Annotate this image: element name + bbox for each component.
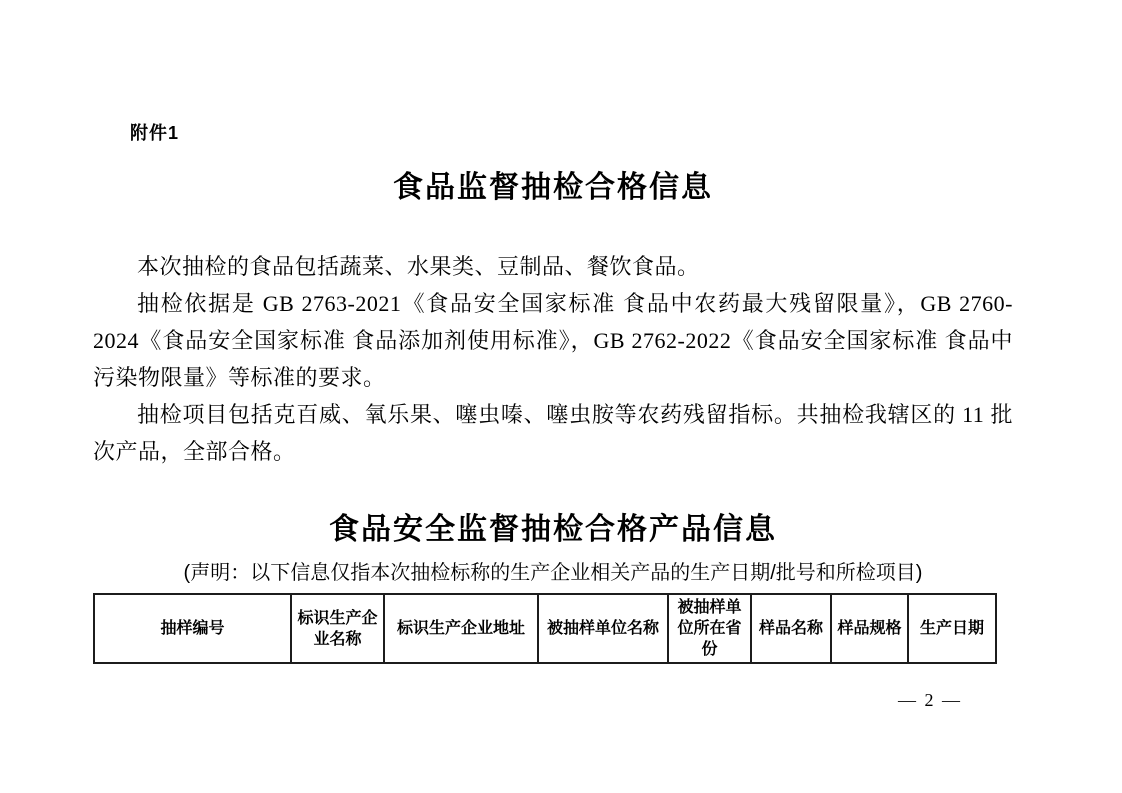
- table-header-row: 抽样编号 标识生产企业名称 标识生产企业地址 被抽样单位名称 被抽样单位所在省份…: [94, 594, 996, 663]
- page-number: — 2 —: [93, 690, 962, 711]
- column-header-sample-spec: 样品规格: [831, 594, 908, 663]
- paragraph-items: 抽检项目包括克百威、氧乐果、噻虫嗪、噻虫胺等农药残留指标。共抽检我辖区的 11 …: [93, 396, 1013, 470]
- declaration-note: (声明：以下信息仅指本次抽检标称的生产企业相关产品的生产日期/批号和所检项目): [93, 556, 1013, 585]
- column-header-sample-number: 抽样编号: [94, 594, 291, 663]
- qualified-products-table: 抽样编号 标识生产企业名称 标识生产企业地址 被抽样单位名称 被抽样单位所在省份…: [93, 593, 997, 664]
- paragraph-scope: 本次抽检的食品包括蔬菜、水果类、豆制品、餐饮食品。: [93, 248, 1013, 285]
- column-header-production-date: 生产日期: [908, 594, 996, 663]
- column-header-sampled-unit-name: 被抽样单位名称: [538, 594, 668, 663]
- main-title: 食品监督抽检合格信息: [93, 162, 1013, 206]
- body-text: 本次抽检的食品包括蔬菜、水果类、豆制品、餐饮食品。 抽检依据是 GB 2763-…: [93, 248, 1013, 470]
- column-header-producer-name: 标识生产企业名称: [291, 594, 384, 663]
- section-title: 食品安全监督抽检合格产品信息: [93, 504, 1013, 548]
- column-header-sample-name: 样品名称: [751, 594, 831, 663]
- column-header-sampled-unit-province: 被抽样单位所在省份: [668, 594, 751, 663]
- paragraph-standards: 抽检依据是 GB 2763-2021《食品安全国家标准 食品中农药最大残留限量》…: [93, 285, 1013, 396]
- column-header-producer-address: 标识生产企业地址: [384, 594, 538, 663]
- attachment-label: 附件1: [130, 119, 179, 145]
- document-page: 附件1 食品监督抽检合格信息 本次抽检的食品包括蔬菜、水果类、豆制品、餐饮食品。…: [0, 0, 1122, 793]
